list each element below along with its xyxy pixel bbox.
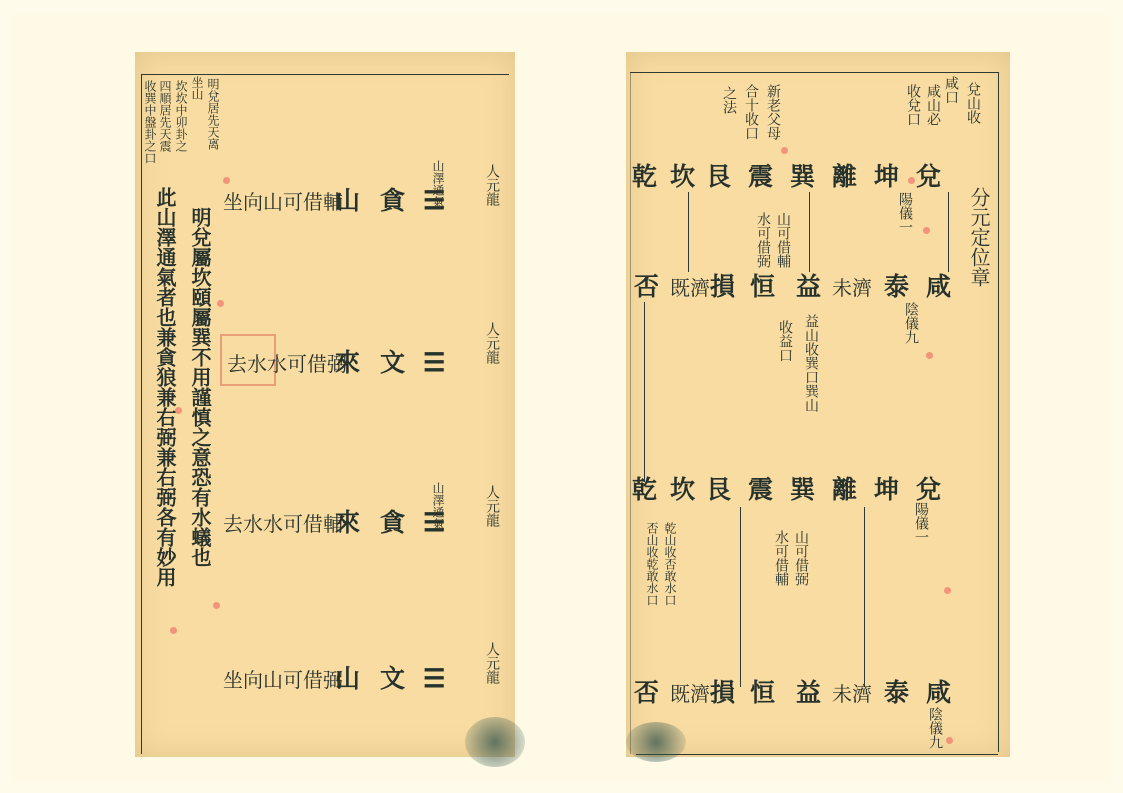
trigram-gen: 艮 — [706, 477, 731, 502]
star-name: 文 — [380, 350, 405, 375]
gutter-edge — [630, 72, 631, 754]
mid-note: 山可借弼 — [794, 530, 808, 586]
trigram-icon: ☰ — [423, 350, 445, 375]
mid-note: 山可借輔 — [776, 212, 790, 268]
commentary-secondary: 此山澤通氣者也兼貪狼兼右弼兼右弼各有妙用 — [155, 187, 175, 587]
right-page: 兌山收 咸口 咸山必 收兌口 新老父母 合十收口 之法 分元定位章 兌 坤 離 … — [626, 52, 1010, 757]
mid-note: 水可借弼 — [756, 212, 770, 268]
trigram-kan: 坎 — [670, 164, 695, 189]
hexagram-yi: 益 — [796, 274, 821, 299]
top-note: 收兌口 — [906, 84, 920, 126]
hexagram-yi: 益 — [796, 680, 821, 705]
left-note: 乾山收否敢水口 — [664, 522, 676, 606]
header-note: 收巽中盤卦之口 — [144, 80, 156, 164]
mid-note: 益山收巽口巽山 — [804, 314, 818, 412]
trigram-li: 離 — [832, 477, 857, 502]
bottom-border — [636, 754, 998, 755]
top-note: 合十收口 — [744, 84, 758, 140]
row-text: 坐向山可借弼 — [223, 670, 343, 690]
row-label: 人元龍 — [485, 485, 499, 527]
commentary-main: 明兌屬坎頤屬巽不用謹慎之意恐有水蟻也 — [190, 207, 210, 567]
red-dot — [213, 602, 220, 609]
star-name: 文 — [380, 666, 405, 691]
hexagram-sun: 損 — [710, 274, 735, 299]
top-note: 新老父母 — [766, 84, 780, 140]
chapter-title: 分元定位章 — [969, 187, 989, 287]
red-dot — [923, 227, 930, 234]
trigram-li: 離 — [832, 164, 857, 189]
ink-stain — [465, 717, 525, 767]
trigram-qian: 乾 — [632, 477, 657, 502]
trigram-icon: ☰ — [423, 188, 445, 213]
row-label: 人元龍 — [485, 642, 499, 684]
red-dot — [944, 587, 951, 594]
row-text: 去水水可借弼 — [227, 354, 347, 374]
row-label: 人元龍 — [485, 164, 499, 206]
star-name: 貪 — [380, 510, 405, 535]
red-dot — [926, 352, 933, 359]
left-border — [141, 74, 142, 754]
trigram-xun: 巽 — [790, 164, 815, 189]
hexagram-xian: 咸 — [926, 274, 951, 299]
trigram-kan: 坎 — [670, 477, 695, 502]
trigram-dui: 兌 — [916, 477, 941, 502]
yin-note: 陰儀九 — [928, 707, 942, 749]
red-dot — [217, 300, 224, 307]
hexagram-pi: 否 — [634, 274, 659, 299]
left-note: 否山收乾敢水口 — [646, 522, 658, 606]
top-note: 咸山必 — [926, 84, 940, 126]
header-note: 坐山 — [191, 76, 203, 100]
trigram-dui: 兌 — [916, 164, 941, 189]
hexagram-weiji: 未濟 — [832, 278, 872, 298]
connector-line — [740, 507, 741, 687]
connector-line — [809, 192, 810, 272]
trigram-kun: 坤 — [874, 164, 899, 189]
trigram-icon: ☰ — [423, 666, 445, 691]
row-text: 坐向山可借輔 — [223, 192, 343, 212]
trigram-gen: 艮 — [706, 164, 731, 189]
ink-stain — [626, 722, 686, 762]
red-dot — [908, 177, 915, 184]
red-dot — [223, 177, 230, 184]
red-dot — [781, 147, 788, 154]
top-note: 之法 — [722, 86, 736, 114]
hexagram-jiji: 既濟 — [670, 278, 710, 298]
header-note: 四順居先天震 — [159, 80, 171, 152]
mid-note: 收益口 — [778, 320, 792, 362]
connector-line — [948, 192, 949, 272]
yang-note: 陽儀一 — [898, 192, 912, 234]
hexagram-jiji: 既濟 — [670, 684, 710, 704]
connector-line — [644, 302, 645, 482]
mid-note: 水可借輔 — [774, 530, 788, 586]
hexagram-tai: 泰 — [884, 274, 909, 299]
row-text: 去水水可借輔 — [223, 514, 343, 534]
hexagram-heng: 恒 — [750, 680, 775, 705]
trigram-xun: 巽 — [790, 477, 815, 502]
hexagram-tai: 泰 — [884, 680, 909, 705]
top-border — [141, 74, 509, 75]
row-label: 人元龍 — [485, 322, 499, 364]
hexagram-heng: 恒 — [750, 274, 775, 299]
trigram-kun: 坤 — [874, 477, 899, 502]
hexagram-sun: 損 — [710, 680, 735, 705]
red-dot — [175, 407, 182, 414]
trigram-zhen: 震 — [748, 164, 773, 189]
star-name: 貪 — [380, 188, 405, 213]
header-note: 明兌居先天离 — [207, 78, 219, 150]
yang-note: 陽儀一 — [914, 502, 928, 544]
red-dot — [946, 737, 953, 744]
trigram-qian: 乾 — [632, 164, 657, 189]
yin-note: 陰儀九 — [904, 302, 918, 344]
top-note: 咸口 — [944, 76, 958, 104]
connector-line — [688, 192, 689, 272]
top-border — [630, 72, 998, 73]
left-page: 明兌居先天离 坐山 坎坎中卯卦之 四順居先天震 收巽中盤卦之口 明兌屬坎頤屬巽不… — [135, 52, 515, 757]
connector-line — [864, 507, 865, 687]
header-note: 坎坎中卯卦之 — [175, 80, 187, 152]
hexagram-weiji: 未濟 — [832, 684, 872, 704]
trigram-zhen: 震 — [748, 477, 773, 502]
trigram-icon: ☰ — [423, 510, 445, 535]
right-border — [998, 72, 999, 752]
top-note: 兌山收 — [966, 82, 980, 124]
hexagram-xian: 咸 — [926, 680, 951, 705]
red-dot — [170, 627, 177, 634]
hexagram-pi: 否 — [634, 680, 659, 705]
